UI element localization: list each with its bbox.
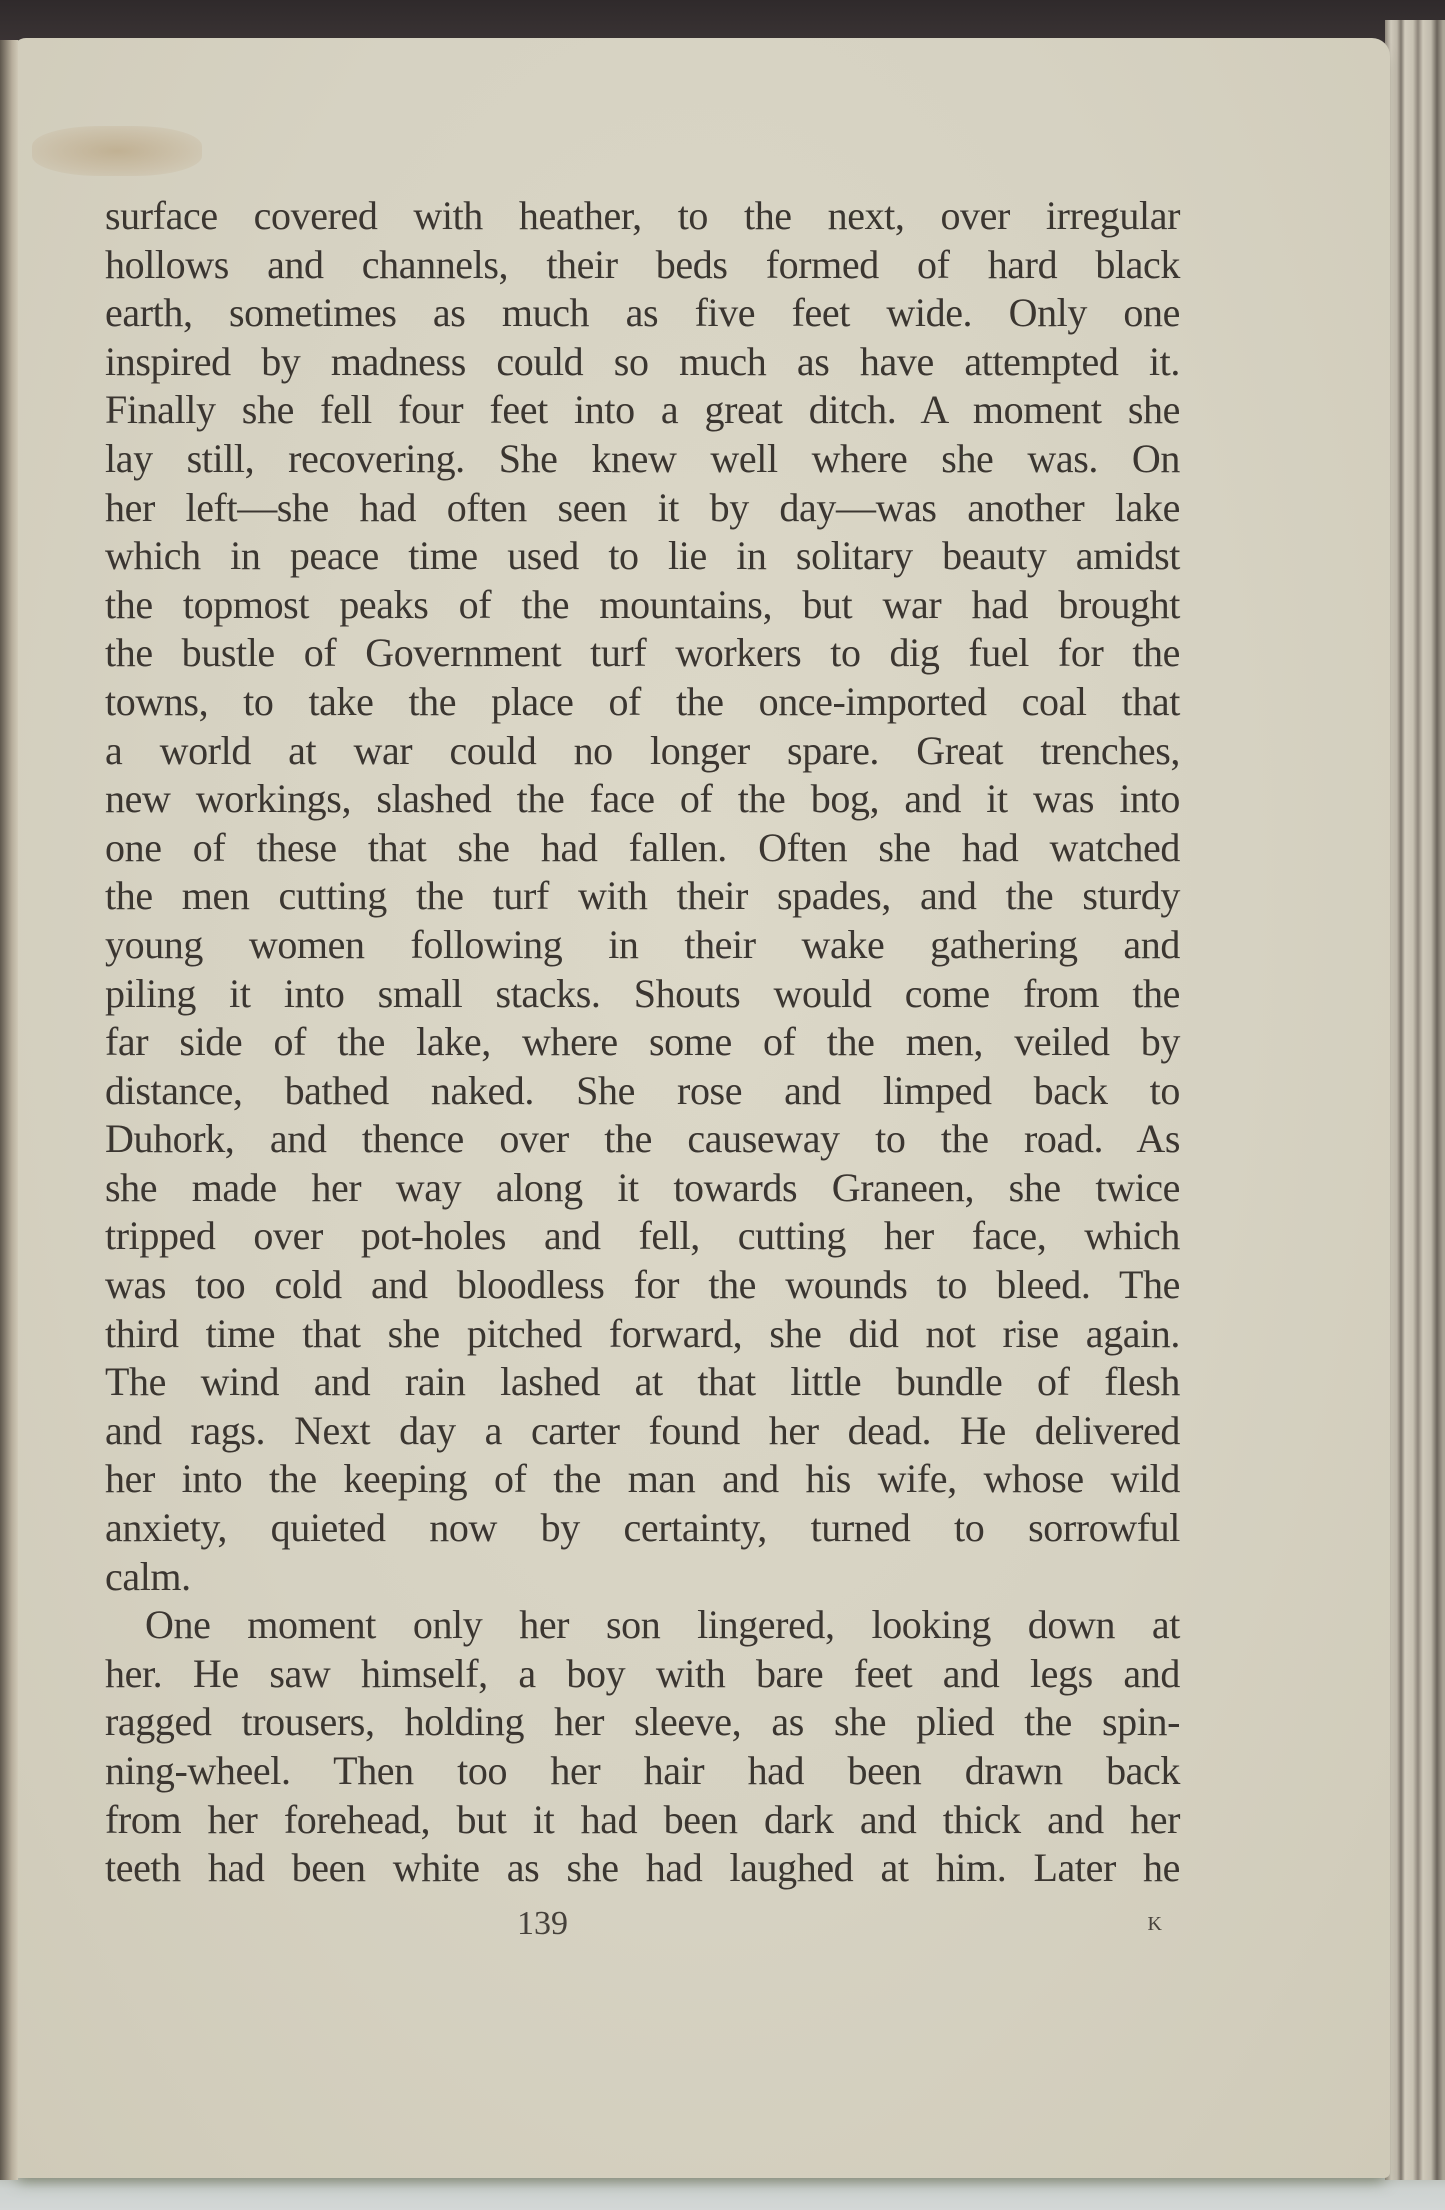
text-line: lay still, recovering. She knew well whe… [105,435,1180,484]
text-line: her into the keeping of the man and his … [105,1455,1180,1504]
text-line: she made her way along it towards Granee… [105,1164,1180,1213]
text-line: anxiety, quieted now by certainty, turne… [105,1504,1180,1553]
text-line: inspired by madness could so much as hav… [105,338,1180,387]
text-line: the bustle of Government turf workers to… [105,629,1180,678]
text-line: third time that she pitched forward, she… [105,1310,1180,1359]
text-line: young women following in their wake gath… [105,921,1180,970]
text-line: which in peace time used to lie in solit… [105,532,1180,581]
text-line: piling it into small stacks. Shouts woul… [105,970,1180,1019]
paragraph-1: surface covered with heather, to the nex… [105,192,1180,1601]
text-line: Duhork, and thence over the causeway to … [105,1115,1180,1164]
text-line: earth, sometimes as much as five feet wi… [105,289,1180,338]
text-line: a world at war could no longer spare. Gr… [105,727,1180,776]
page-edges [1385,20,1445,2180]
paper-stain [32,126,202,176]
text-line: ning-wheel. Then too her hair had been d… [105,1747,1180,1796]
text-line: hollows and channels, their beds formed … [105,241,1180,290]
text-line: One moment only her son lingered, lookin… [105,1601,1180,1650]
text-line: and rags. Next day a carter found her de… [105,1407,1180,1456]
text-line: Finally she fell four feet into a great … [105,386,1180,435]
text-line: one of these that she had fallen. Often … [105,824,1180,873]
paragraph-2: One moment only her son lingered, lookin… [105,1601,1180,1893]
text-line: the topmost peaks of the mountains, but … [105,581,1180,630]
text-line: tripped over pot-holes and fell, cutting… [105,1212,1180,1261]
text-line: surface covered with heather, to the nex… [105,192,1180,241]
text-line: her left—she had often seen it by day—wa… [105,484,1180,533]
text-line: new workings, slashed the face of the bo… [105,775,1180,824]
signature-mark: K [1148,1913,1162,1936]
text-line: the men cutting the turf with their spad… [105,872,1180,921]
text-line: towns, to take the place of the once-imp… [105,678,1180,727]
text-line: calm. [105,1553,1180,1602]
binding-gutter [0,40,18,2180]
text-line: distance, bathed naked. She rose and lim… [105,1067,1180,1116]
text-line: teeth had been white as she had laughed … [105,1844,1180,1893]
text-line: was too cold and bloodless for the wound… [105,1261,1180,1310]
text-line: The wind and rain lashed at that little … [105,1358,1180,1407]
table-surface [0,2175,1445,2210]
text-line: ragged trousers, holding her sleeve, as … [105,1698,1180,1747]
text-line: from her forehead, but it had been dark … [105,1796,1180,1845]
page-footer: 139 K [105,1905,1180,1955]
body-text: surface covered with heather, to the nex… [105,192,1180,1893]
text-line: her. He saw himself, a boy with bare fee… [105,1650,1180,1699]
text-line: far side of the lake, where some of the … [105,1018,1180,1067]
page-number: 139 [5,1905,1080,1943]
